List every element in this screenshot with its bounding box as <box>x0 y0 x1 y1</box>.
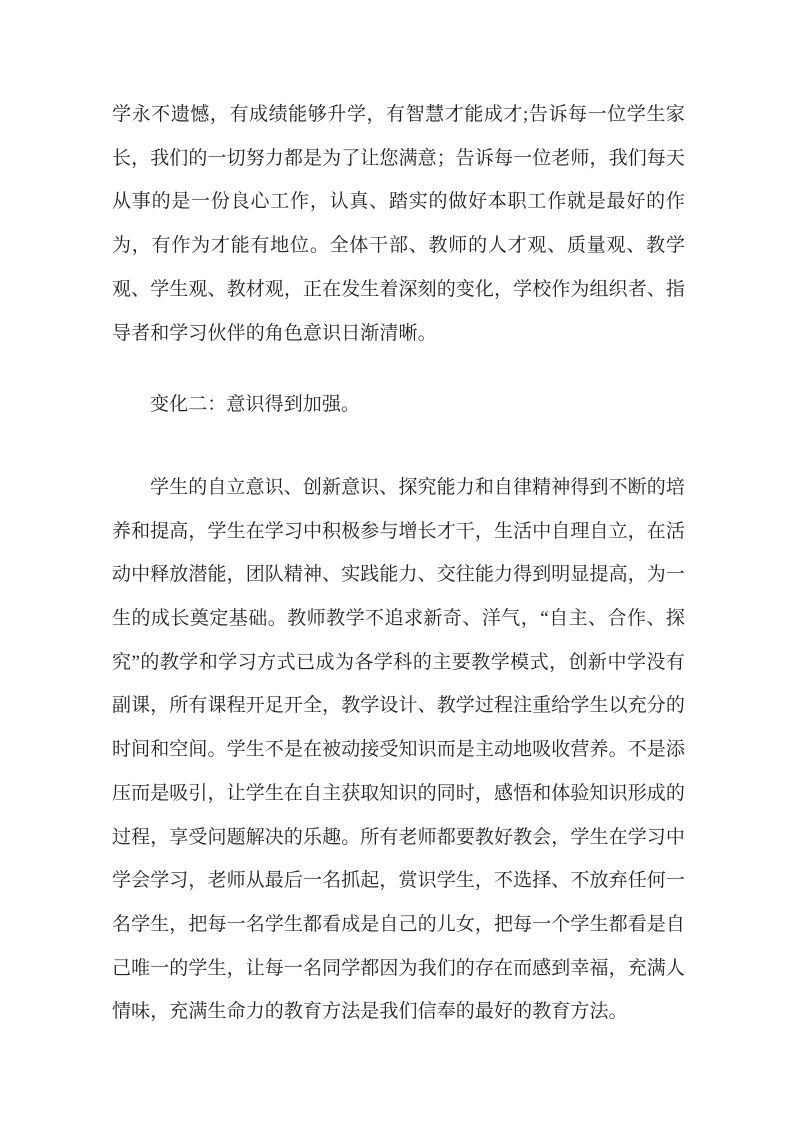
document-body: 学永不遗憾，有成绩能够升学，有智慧才能成才;告诉每一位学生家长，我们的一切努力都… <box>112 93 685 1034</box>
paragraph: 变化二：意识得到加强。 <box>112 383 685 427</box>
paragraph: 学永不遗憾，有成绩能够升学，有智慧才能成才;告诉每一位学生家长，我们的一切努力都… <box>112 93 685 355</box>
document-page: 学永不遗憾，有成绩能够升学，有智慧才能成才;告诉每一位学生家长，我们的一切努力都… <box>0 0 793 1122</box>
paragraph: 学生的自立意识、创新意识、探究能力和自律精神得到不断的培养和提高，学生在学习中积… <box>112 466 685 1034</box>
